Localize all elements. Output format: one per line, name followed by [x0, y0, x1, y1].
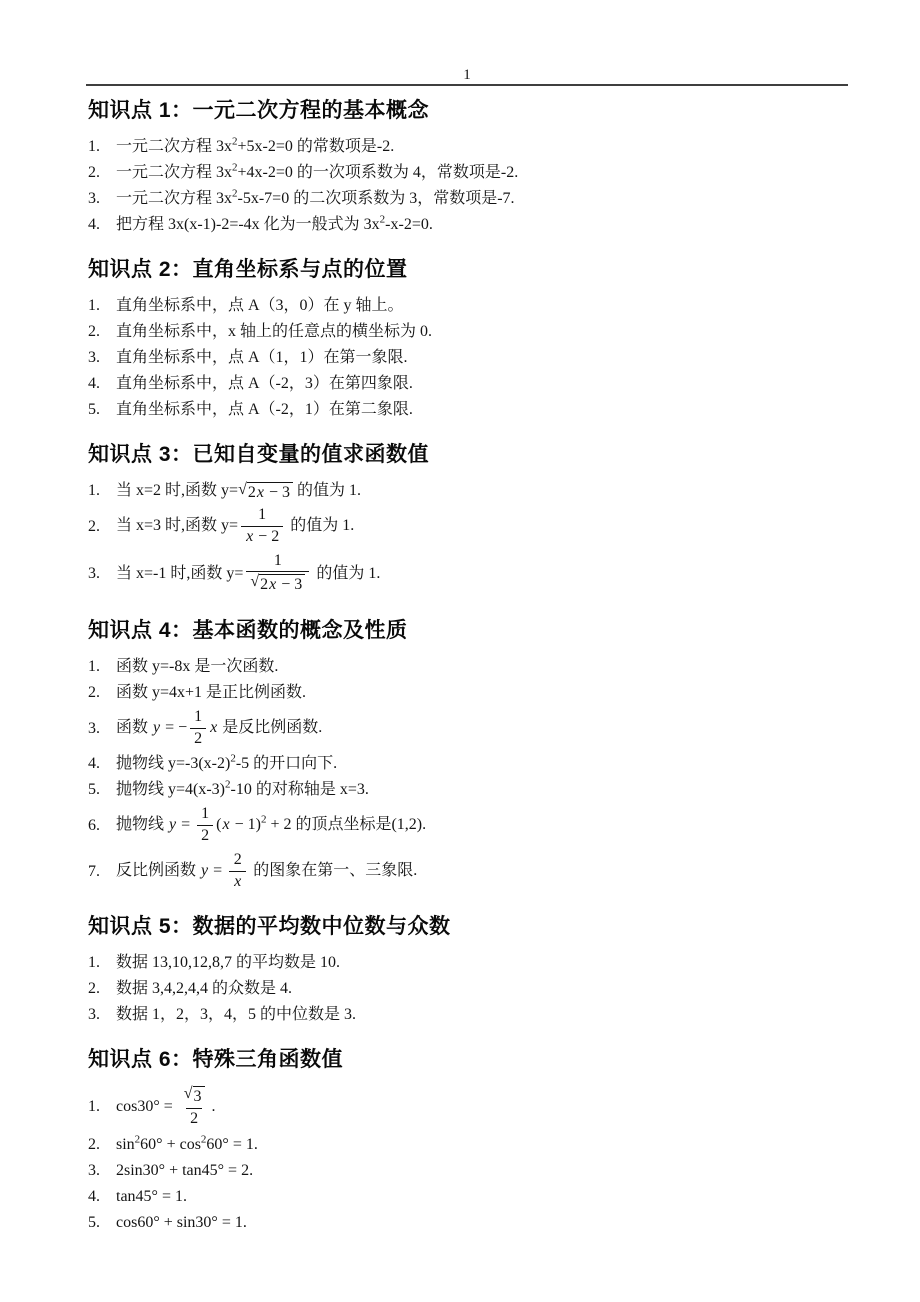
- section-title: 知识点 1：一元二次方程的基本概念: [88, 98, 840, 124]
- document-page: 1 知识点 1：一元二次方程的基本概念1.一元二次方程 3x2+5x-2=0 的…: [0, 0, 920, 1302]
- fraction-denominator: 2: [186, 1108, 202, 1129]
- list-item: 2.直角坐标系中，x 轴上的任意点的横坐标为 0.: [88, 319, 840, 344]
- item-list: 1.cos30° = √32.2.sin260° + cos260° = 1.3…: [88, 1083, 840, 1235]
- item-list: 1.当 x=2 时,函数 y=√2x − 3 的值为 1.2.当 x=3 时,函…: [88, 478, 840, 598]
- item-number: 6.: [88, 813, 116, 838]
- superscript: 2: [135, 1133, 141, 1145]
- item-text: 函数 y = −12x 是反比例函数.: [116, 706, 840, 751]
- item-list: 1.数据 13,10,12,8,7 的平均数是 10.2.数据 3,4,2,4,…: [88, 950, 840, 1027]
- item-number: 3.: [88, 345, 116, 370]
- superscript: 2: [232, 162, 238, 174]
- knowledge-section: 知识点 5：数据的平均数中位数与众数1.数据 13,10,12,8,7 的平均数…: [88, 914, 840, 1027]
- page-header: 1: [86, 0, 848, 86]
- item-number: 2.: [88, 514, 116, 539]
- fraction: 2x: [229, 851, 246, 892]
- fraction-numerator: √3: [180, 1085, 209, 1108]
- item-number: 1.: [88, 293, 116, 318]
- sqrt-expression: √2x − 3: [238, 482, 293, 502]
- section-title: 知识点 5：数据的平均数中位数与众数: [88, 914, 840, 940]
- list-item: 6.抛物线 y = 12(x − 1)2 + 2 的顶点坐标是(1,2).: [88, 803, 840, 848]
- fraction-denominator: 2: [190, 728, 206, 749]
- list-item: 3.函数 y = −12x 是反比例函数.: [88, 706, 840, 751]
- item-number: 5.: [88, 397, 116, 422]
- math-variable: y: [152, 719, 161, 736]
- item-text: 抛物线 y=-3(x-2)2-5 的开口向下.: [116, 751, 840, 776]
- fraction-denominator: 2: [197, 825, 213, 846]
- item-text: 函数 y=4x+1 是正比例函数.: [116, 680, 840, 705]
- fraction-numerator: 1: [254, 506, 270, 526]
- item-number: 1.: [88, 654, 116, 679]
- item-number: 1.: [88, 1094, 116, 1119]
- list-item: 3.数据 1，2，3，4，5 的中位数是 3.: [88, 1002, 840, 1027]
- item-text: 一元二次方程 3x2+5x-2=0 的常数项是-2.: [116, 134, 840, 159]
- knowledge-section: 知识点 1：一元二次方程的基本概念1.一元二次方程 3x2+5x-2=0 的常数…: [88, 98, 840, 237]
- list-item: 4.把方程 3x(x-1)-2=-4x 化为一般式为 3x2-x-2=0.: [88, 212, 840, 237]
- math-variable: x: [233, 873, 242, 890]
- superscript: 2: [232, 136, 238, 148]
- list-item: 5.直角坐标系中，点 A（-2，1）在第二象限.: [88, 397, 840, 422]
- list-item: 5.cos60° + sin30° = 1.: [88, 1210, 840, 1235]
- list-item: 5.抛物线 y=4(x-3)2-10 的对称轴是 x=3.: [88, 777, 840, 802]
- superscript: 2: [380, 214, 386, 226]
- math-variable: y: [200, 862, 209, 879]
- list-item: 4.直角坐标系中，点 A（-2，3）在第四象限.: [88, 371, 840, 396]
- item-text: 把方程 3x(x-1)-2=-4x 化为一般式为 3x2-x-2=0.: [116, 212, 840, 237]
- item-text: 直角坐标系中，x 轴上的任意点的横坐标为 0.: [116, 319, 840, 344]
- item-number: 2.: [88, 319, 116, 344]
- item-number: 7.: [88, 859, 116, 884]
- item-number: 1.: [88, 134, 116, 159]
- superscript: 2: [232, 188, 238, 200]
- item-number: 1.: [88, 950, 116, 975]
- list-item: 1.cos30° = √32.: [88, 1083, 840, 1131]
- sqrt-expression: √2x − 3: [250, 574, 305, 594]
- list-item: 2.函数 y=4x+1 是正比例函数.: [88, 680, 840, 705]
- item-number: 3.: [88, 186, 116, 211]
- item-number: 5.: [88, 1210, 116, 1235]
- list-item: 2.一元二次方程 3x2+4x-2=0 的一次项系数为 4，常数项是-2.: [88, 160, 840, 185]
- item-text: cos30° = √32.: [116, 1083, 840, 1131]
- item-list: 1.函数 y=-8x 是一次函数.2.函数 y=4x+1 是正比例函数.3.函数…: [88, 654, 840, 894]
- radicand: 2x − 3: [247, 482, 293, 502]
- item-text: 一元二次方程 3x2+4x-2=0 的一次项系数为 4，常数项是-2.: [116, 160, 840, 185]
- fraction: 12: [190, 708, 206, 749]
- superscript: 2: [261, 814, 267, 826]
- knowledge-section: 知识点 6：特殊三角函数值1.cos30° = √32.2.sin260° + …: [88, 1047, 840, 1235]
- item-text: 数据 13,10,12,8,7 的平均数是 10.: [116, 950, 840, 975]
- item-text: 2sin30° + tan45° = 2.: [116, 1158, 840, 1183]
- radical-sign-icon: √: [250, 573, 259, 592]
- fraction-denominator: √2x − 3: [246, 571, 309, 595]
- item-list: 1.直角坐标系中，点 A（3，0）在 y 轴上。2.直角坐标系中，x 轴上的任意…: [88, 293, 840, 422]
- item-number: 2.: [88, 680, 116, 705]
- item-text: tan45° = 1.: [116, 1184, 840, 1209]
- item-text: 直角坐标系中，点 A（3，0）在 y 轴上。: [116, 293, 840, 318]
- list-item: 2.当 x=3 时,函数 y=1x − 2 的值为 1.: [88, 504, 840, 549]
- fraction: 1x − 2: [241, 506, 283, 547]
- knowledge-section: 知识点 3：已知自变量的值求函数值1.当 x=2 时,函数 y=√2x − 3 …: [88, 442, 840, 598]
- item-text: 当 x=-1 时,函数 y=1√2x − 3 的值为 1.: [116, 550, 840, 598]
- item-text: 抛物线 y = 12(x − 1)2 + 2 的顶点坐标是(1,2).: [116, 803, 840, 848]
- page-number: 1: [463, 64, 471, 86]
- radicand: 3: [193, 1086, 205, 1106]
- item-text: cos60° + sin30° = 1.: [116, 1210, 840, 1235]
- fraction: √32: [180, 1085, 209, 1129]
- list-item: 3.2sin30° + tan45° = 2.: [88, 1158, 840, 1183]
- fraction-numerator: 1: [190, 708, 206, 728]
- item-number: 4.: [88, 751, 116, 776]
- list-item: 1.直角坐标系中，点 A（3，0）在 y 轴上。: [88, 293, 840, 318]
- item-number: 5.: [88, 777, 116, 802]
- item-text: 反比例函数 y = 2x 的图象在第一、三象限.: [116, 849, 840, 894]
- list-item: 1.一元二次方程 3x2+5x-2=0 的常数项是-2.: [88, 134, 840, 159]
- item-number: 1.: [88, 478, 116, 503]
- radicand: 2x − 3: [259, 574, 305, 594]
- item-number: 3.: [88, 716, 116, 741]
- item-text: 当 x=3 时,函数 y=1x − 2 的值为 1.: [116, 504, 840, 549]
- item-text: sin260° + cos260° = 1.: [116, 1132, 840, 1157]
- fraction-numerator: 2: [230, 851, 246, 871]
- item-text: 抛物线 y=4(x-3)2-10 的对称轴是 x=3.: [116, 777, 840, 802]
- section-title: 知识点 4：基本函数的概念及性质: [88, 618, 840, 644]
- document-body: 知识点 1：一元二次方程的基本概念1.一元二次方程 3x2+5x-2=0 的常数…: [0, 98, 920, 1235]
- knowledge-section: 知识点 2：直角坐标系与点的位置1.直角坐标系中，点 A（3，0）在 y 轴上。…: [88, 257, 840, 422]
- list-item: 1.函数 y=-8x 是一次函数.: [88, 654, 840, 679]
- item-number: 4.: [88, 212, 116, 237]
- item-text: 数据 1，2，3，4，5 的中位数是 3.: [116, 1002, 840, 1027]
- math-variable: x: [268, 576, 277, 593]
- fraction-numerator: 1: [270, 552, 286, 572]
- item-text: 当 x=2 时,函数 y=√2x − 3 的值为 1.: [116, 478, 840, 503]
- math-variable: x: [256, 484, 265, 501]
- knowledge-section: 知识点 4：基本函数的概念及性质1.函数 y=-8x 是一次函数.2.函数 y=…: [88, 618, 840, 894]
- item-number: 4.: [88, 1184, 116, 1209]
- item-number: 2.: [88, 976, 116, 1001]
- radical-sign-icon: √: [184, 1085, 193, 1104]
- radical-sign-icon: √: [238, 481, 247, 500]
- fraction-denominator: x − 2: [241, 526, 283, 547]
- section-title: 知识点 6：特殊三角函数值: [88, 1047, 840, 1073]
- item-text: 直角坐标系中，点 A（-2，1）在第二象限.: [116, 397, 840, 422]
- item-text: 直角坐标系中，点 A（-2，3）在第四象限.: [116, 371, 840, 396]
- item-text: 一元二次方程 3x2-5x-7=0 的二次项系数为 3，常数项是-7.: [116, 186, 840, 211]
- item-number: 3.: [88, 1002, 116, 1027]
- math-variable: x: [221, 816, 230, 833]
- math-variable: x: [245, 528, 254, 545]
- list-item: 3.一元二次方程 3x2-5x-7=0 的二次项系数为 3，常数项是-7.: [88, 186, 840, 211]
- list-item: 4.tan45° = 1.: [88, 1184, 840, 1209]
- fraction: 12: [197, 805, 213, 846]
- superscript: 2: [225, 779, 231, 791]
- list-item: 1.当 x=2 时,函数 y=√2x − 3 的值为 1.: [88, 478, 840, 503]
- item-text: 直角坐标系中，点 A（1，1）在第一象限.: [116, 345, 840, 370]
- fraction-denominator: x: [229, 871, 246, 892]
- list-item: 2.sin260° + cos260° = 1.: [88, 1132, 840, 1157]
- section-title: 知识点 2：直角坐标系与点的位置: [88, 257, 840, 283]
- math-variable: x: [209, 719, 218, 736]
- section-title: 知识点 3：已知自变量的值求函数值: [88, 442, 840, 468]
- list-item: 3.当 x=-1 时,函数 y=1√2x − 3 的值为 1.: [88, 550, 840, 598]
- fraction-numerator: 1: [197, 805, 213, 825]
- list-item: 7.反比例函数 y = 2x 的图象在第一、三象限.: [88, 849, 840, 894]
- item-list: 1.一元二次方程 3x2+5x-2=0 的常数项是-2.2.一元二次方程 3x2…: [88, 134, 840, 237]
- item-text: 函数 y=-8x 是一次函数.: [116, 654, 840, 679]
- item-number: 4.: [88, 371, 116, 396]
- list-item: 1.数据 13,10,12,8,7 的平均数是 10.: [88, 950, 840, 975]
- fraction: 1√2x − 3: [246, 552, 309, 596]
- sqrt-expression: √3: [184, 1086, 205, 1106]
- item-number: 2.: [88, 1132, 116, 1157]
- item-number: 2.: [88, 160, 116, 185]
- item-text: 数据 3,4,2,4,4 的众数是 4.: [116, 976, 840, 1001]
- list-item: 2.数据 3,4,2,4,4 的众数是 4.: [88, 976, 840, 1001]
- item-number: 3.: [88, 1158, 116, 1183]
- superscript: 2: [201, 1133, 207, 1145]
- list-item: 3.直角坐标系中，点 A（1，1）在第一象限.: [88, 345, 840, 370]
- math-variable: y: [168, 816, 177, 833]
- item-number: 3.: [88, 561, 116, 586]
- list-item: 4.抛物线 y=-3(x-2)2-5 的开口向下.: [88, 751, 840, 776]
- superscript: 2: [230, 753, 236, 765]
